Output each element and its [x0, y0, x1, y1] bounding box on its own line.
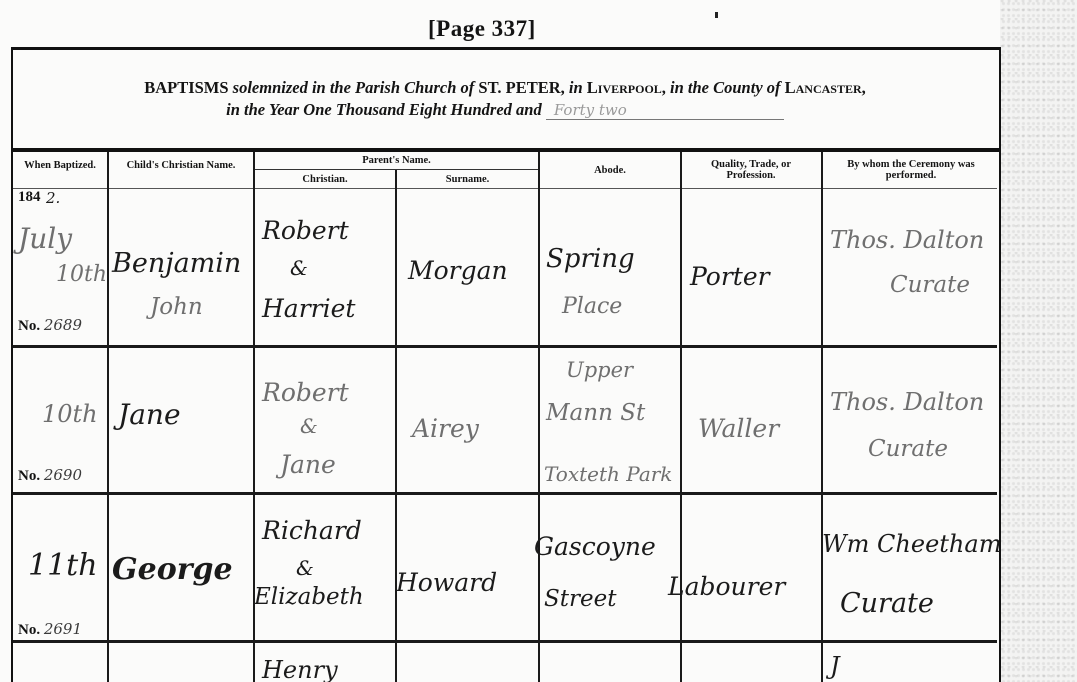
- row-rule-1: [13, 345, 997, 348]
- parent-christian-line: Harriet: [262, 294, 355, 323]
- parent-surname: Howard: [396, 568, 497, 597]
- parent-christian-line: &: [296, 556, 314, 580]
- officiant-line: J: [830, 652, 840, 680]
- col-divider: [821, 152, 823, 682]
- header-parent-surname: Surname.: [397, 174, 538, 185]
- parent-christian-line: &: [290, 256, 308, 280]
- entry-number: No. 2690: [18, 466, 82, 485]
- entry-number: No. 2689: [18, 316, 82, 335]
- parent-christian-line: &: [300, 414, 318, 438]
- officiant-line: Curate: [840, 588, 934, 619]
- entry-day: 11th: [28, 548, 98, 583]
- parent-surname: Airey: [412, 414, 479, 443]
- year-digit-handwritten: 2.: [46, 189, 60, 207]
- ink-speck: [715, 12, 718, 18]
- quality-trade: Waller: [698, 414, 779, 443]
- col-divider: [538, 152, 540, 682]
- abode-line: Upper: [566, 358, 633, 382]
- officiant-line: Wm Cheetham: [822, 530, 1001, 558]
- parent-christian-line: Elizabeth: [254, 584, 364, 610]
- col-divider: [395, 170, 397, 682]
- col-divider: [680, 152, 682, 682]
- quality-trade: Porter: [690, 262, 770, 291]
- header-abode: Abode.: [540, 165, 680, 176]
- header-quality: Quality, Trade, or Profession.: [690, 159, 812, 181]
- child-name-line: George: [112, 552, 233, 587]
- parent-christian-line: Richard: [262, 516, 362, 545]
- title-line-2: in the Year One Thousand Eight Hundred a…: [13, 100, 997, 120]
- quality-trade: Labourer: [668, 572, 785, 601]
- parent-christian-line: Jane: [280, 450, 336, 479]
- abode-line: Place: [562, 294, 622, 319]
- header-child-name: Child's Christian Name.: [109, 160, 253, 171]
- child-name-line: Benjamin: [112, 248, 241, 279]
- abode-line: Mann St: [546, 400, 645, 426]
- header-parent-christian: Christian.: [255, 174, 395, 185]
- entry-day: 10th: [42, 400, 98, 428]
- header-parents-name: Parent's Name.: [255, 155, 538, 166]
- entry-day: 10th: [56, 262, 107, 287]
- register-title: BAPTISMS solemnized in the Parish Church…: [13, 52, 997, 144]
- header-officiant: By whom the Ceremony was performed.: [835, 159, 987, 181]
- child-name-line: John: [150, 294, 203, 320]
- page-margin: [1000, 0, 1077, 682]
- year-printed: 184: [18, 189, 41, 206]
- title-bottom-rule: [11, 148, 999, 152]
- parent-christian-line: Henry: [262, 656, 338, 682]
- abode-line: Gascoyne: [534, 532, 656, 561]
- col-divider: [107, 152, 109, 682]
- header-bottom-rule: [13, 188, 997, 189]
- entry-number: No. 2691: [18, 620, 82, 639]
- officiant-line: Thos. Dalton: [830, 388, 984, 416]
- officiant-line: Thos. Dalton: [830, 226, 984, 254]
- entry-month: July: [18, 222, 72, 255]
- title-line-1: BAPTISMS solemnized in the Parish Church…: [13, 78, 997, 98]
- parent-christian-line: Robert: [262, 216, 349, 245]
- abode-line: Spring: [546, 244, 635, 274]
- child-name-line: Jane: [118, 398, 181, 431]
- parent-surname: Morgan: [408, 256, 508, 285]
- parent-christian-line: Robert: [262, 378, 349, 407]
- row-rule-3: [13, 640, 997, 643]
- officiant-line: Curate: [890, 272, 970, 298]
- officiant-line: Curate: [868, 436, 948, 462]
- page-number: [Page 337]: [428, 16, 536, 42]
- year-handwritten: Forty two: [546, 101, 784, 120]
- row-rule-2: [13, 492, 997, 495]
- abode-line: Street: [544, 586, 616, 612]
- abode-line: Toxteth Park: [544, 462, 672, 486]
- header-when-baptized: When Baptized.: [13, 160, 107, 171]
